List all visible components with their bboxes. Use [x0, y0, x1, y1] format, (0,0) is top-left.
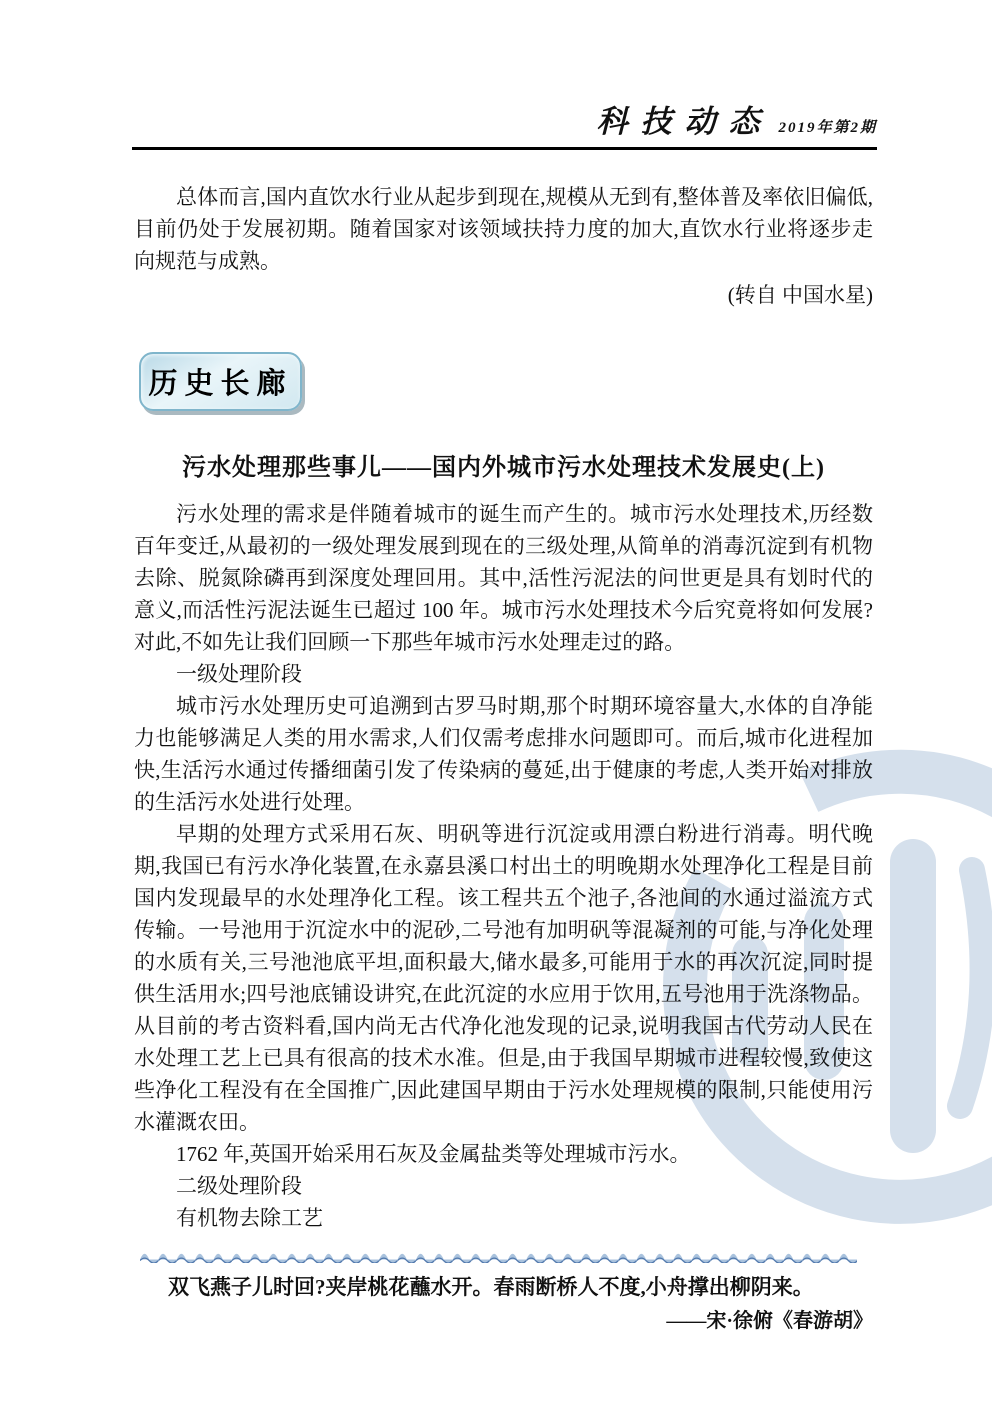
- article-subheading: 二级处理阶段: [134, 1170, 873, 1202]
- section-badge-label: 历史长廊: [148, 361, 292, 402]
- article-paragraph: 1762 年,英国开始采用石灰及金属盐类等处理城市污水。: [134, 1138, 873, 1170]
- section-badge-history-corridor: 历史长廊: [139, 352, 302, 411]
- journal-page: 科技动态 2019年第2期 总体而言,国内直饮水行业从起步到现在,规模从无到有,…: [0, 0, 992, 1403]
- article-title: 污水处理那些事儿——国内外城市污水处理技术发展史(上): [134, 447, 873, 482]
- article-subheading: 一级处理阶段: [134, 658, 873, 690]
- intro-paragraph: 总体而言,国内直饮水行业从起步到现在,规模从无到有,整体普及率依旧偏低,目前仍处…: [134, 181, 873, 277]
- journal-issue: 2019年第2期: [778, 120, 877, 136]
- article-body: 污水处理的需求是伴随着城市的诞生而产生的。城市污水处理技术,历经数百年变迁,从最…: [134, 498, 873, 1234]
- article-paragraph: 污水处理的需求是伴随着城市的诞生而产生的。城市污水处理技术,历经数百年变迁,从最…: [134, 498, 873, 658]
- journal-title: 科技动态: [596, 104, 772, 139]
- article-paragraph: 早期的处理方式采用石灰、明矾等进行沉淀或用漂白粉进行消毒。明代晚期,我国已有污水…: [134, 818, 873, 1138]
- header-rule: [132, 147, 877, 150]
- intro-attribution: (转自 中国水星): [134, 279, 873, 311]
- journal-header: 科技动态 2019年第2期: [132, 96, 877, 141]
- intro-section: 总体而言,国内直饮水行业从起步到现在,规模从无到有,整体普及率依旧偏低,目前仍处…: [134, 181, 873, 311]
- poem-attribution: ——宋·徐俯《春游胡》: [134, 1304, 873, 1333]
- article-subheading: 有机物去除工艺: [134, 1202, 873, 1234]
- wave-divider-icon: [140, 1250, 857, 1263]
- article-paragraph: 城市污水处理历史可追溯到古罗马时期,那个时期环境容量大,水体的自净能力也能够满足…: [134, 690, 873, 818]
- footer-poem: 双飞燕子儿时回?夹岸桃花蘸水开。春雨断桥人不度,小舟撑出柳阴来。: [134, 1272, 873, 1302]
